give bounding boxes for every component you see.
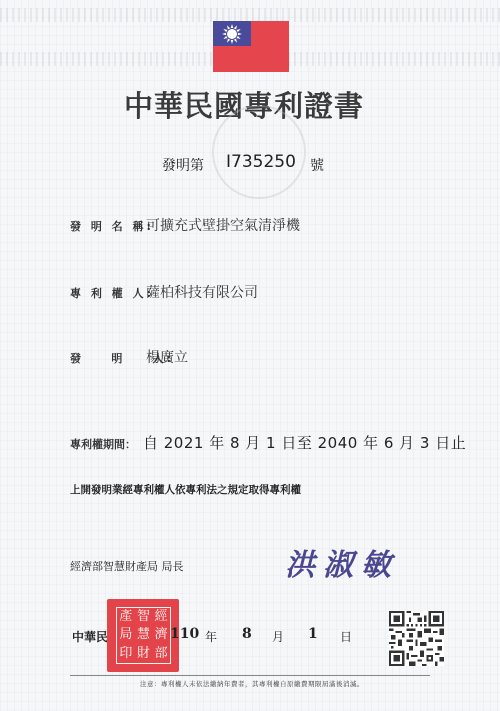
field-label-invention-title: 發 明 名 稱: — [70, 218, 154, 234]
seal-char: 產 — [117, 608, 135, 626]
issue-date-day-unit: 日 — [340, 628, 352, 645]
issue-date-month-unit: 月 — [272, 628, 284, 645]
issue-date-day: 1 — [308, 626, 318, 642]
white-sun-icon — [220, 22, 244, 46]
field-label-patentee: 專 利 權 人: — [70, 285, 154, 301]
field-value-inventor: 楊廣立 — [146, 347, 188, 367]
director-signature: 洪淑敏 — [285, 540, 399, 584]
verification-qr-code — [389, 611, 444, 666]
issue-date-year: 110 — [170, 626, 199, 642]
footer-note: 注意：專利權人未依法繳納年費者，其專利權自原繳費期限屆滿後消滅。 — [140, 679, 364, 688]
footer-divider — [70, 675, 430, 676]
roc-flag — [213, 21, 289, 72]
seal-char: 慧 — [135, 626, 153, 644]
qr-code-icon — [389, 611, 444, 666]
seal-inscription: 產 智 經 局 慧 濟 印 財 部 — [116, 607, 171, 664]
patent-number-suffix: 號 — [310, 155, 324, 175]
patent-number-prefix: 發明第 — [162, 155, 204, 175]
issue-date-month: 8 — [242, 626, 252, 642]
official-seal: 產 智 經 局 慧 濟 印 財 部 — [107, 599, 179, 672]
seal-char: 濟 — [152, 626, 170, 644]
seal-char: 印 — [117, 645, 135, 663]
seal-char: 財 — [135, 645, 153, 663]
field-value-invention-title: 可擴充式壁掛空氣清淨機 — [146, 215, 300, 235]
field-value-patentee: 薩柏科技有限公司 — [146, 282, 258, 302]
issuing-office: 經濟部智慧財產局 局長 — [70, 558, 184, 574]
grant-statement: 上開發明業經專利權人依專利法之規定取得專利權 — [70, 482, 301, 497]
decorative-border-top — [0, 8, 500, 22]
patent-term-label: 專利權期間： — [70, 436, 136, 452]
seal-char: 智 — [135, 608, 153, 626]
seal-char: 經 — [152, 608, 170, 626]
patent-term-value: 自 2021 年 8 月 1 日至 2040 年 6 月 3 日止 — [143, 432, 466, 453]
patent-number: I735250 — [226, 152, 296, 172]
seal-char: 局 — [117, 626, 135, 644]
seal-char: 部 — [152, 645, 170, 663]
issue-date-year-unit: 年 — [205, 628, 217, 645]
